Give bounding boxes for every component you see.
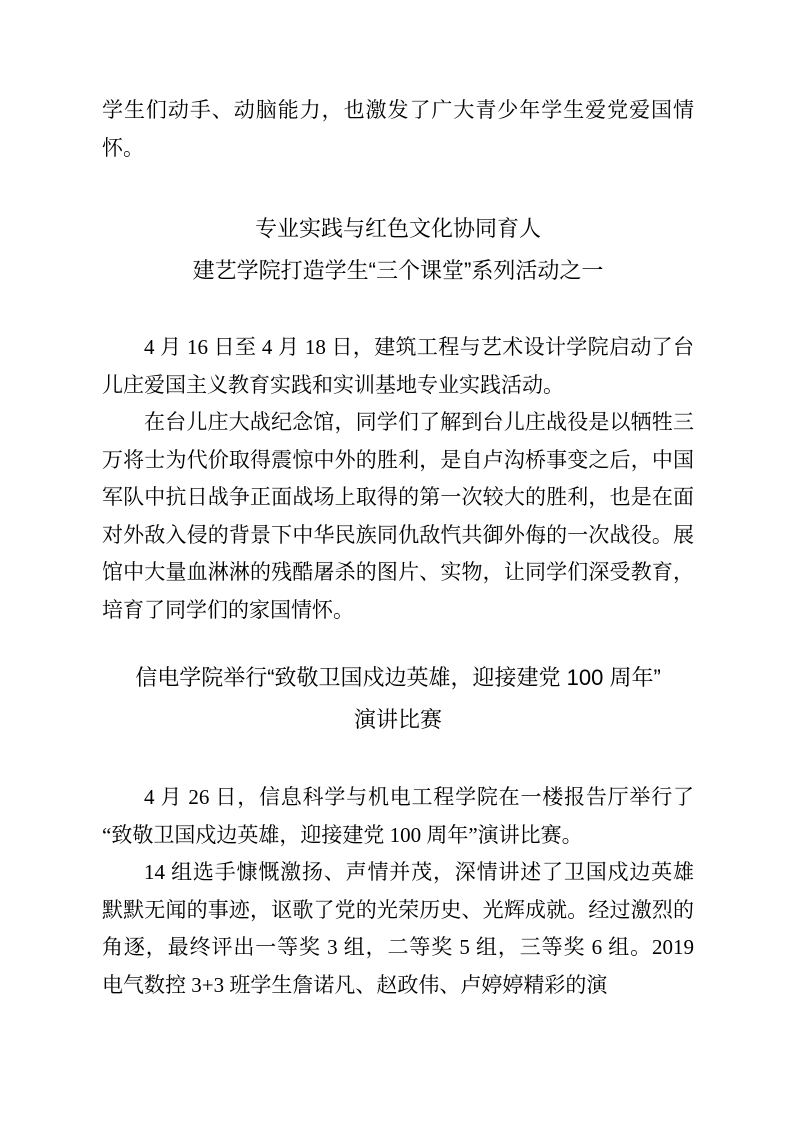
document-page: 学生们动手、动脑能力，也激发了广大青少年学生爱党爱国情怀。 专业实践与红色文化协… — [0, 0, 794, 1123]
paragraph-continuation: 学生们动手、动脑能力，也激发了广大青少年学生爱党爱国情怀。 — [102, 92, 694, 167]
section1-paragraph-2: 在台儿庄大战纪念馆，同学们了解到台儿庄战役是以牺牲三万将士为代价取得震惊中外的胜… — [102, 404, 694, 629]
section1-title-line2: 建艺学院打造学生“三个课堂”系列活动之一 — [102, 250, 694, 292]
section2-title-line1: 信电学院举行“致敬卫国戍边英雄，迎接建党 100 周年” — [102, 657, 694, 699]
section1-heading-group: 专业实践与红色文化协同育人 建艺学院打造学生“三个课堂”系列活动之一 — [102, 208, 694, 292]
section2-paragraph-1: 4 月 26 日，信息科学与机电工程学院在一楼报告厅举行了“致敬卫国戍边英雄，迎… — [102, 779, 694, 854]
section1-title-line1: 专业实践与红色文化协同育人 — [102, 208, 694, 250]
section1-paragraph-1: 4 月 16 日至 4 月 18 日，建筑工程与艺术设计学院启动了台儿庄爱国主义… — [102, 329, 694, 404]
section2-heading-group: 信电学院举行“致敬卫国戍边英雄，迎接建党 100 周年” 演讲比赛 — [102, 657, 694, 741]
section2-title-line2: 演讲比赛 — [102, 699, 694, 741]
section2-paragraph-2: 14 组选手慷慨激扬、声情并茂，深情讲述了卫国戍边英雄默默无闻的事迹，讴歌了党的… — [102, 854, 694, 1004]
